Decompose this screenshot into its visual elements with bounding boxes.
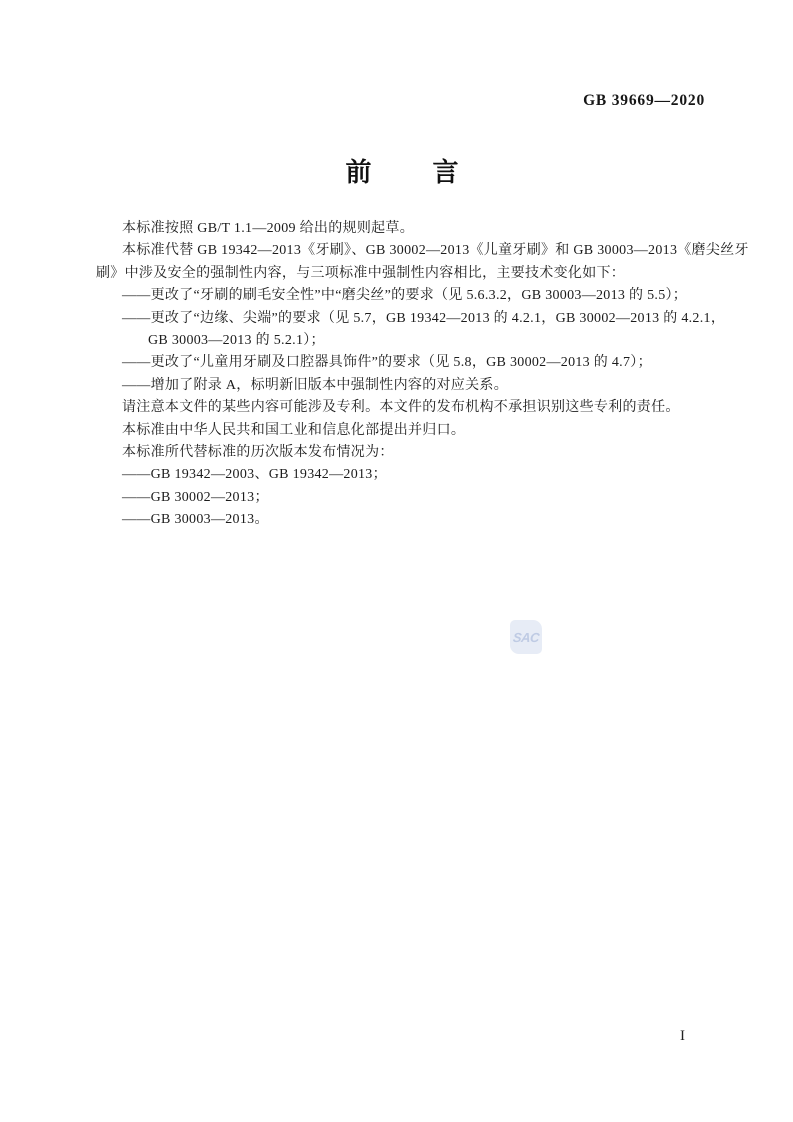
body-line: 本标准所代替标准的历次版本发布情况为： — [96, 442, 706, 464]
body-line: 刷》中涉及安全的强制性内容，与三项标准中强制性内容相比，主要技术变化如下： — [96, 263, 706, 285]
body-line: ——更改了“儿童用牙刷及口腔器具饰件”的要求（见 5.8，GB 30002—20… — [96, 352, 706, 374]
sac-watermark-icon: SAC — [510, 620, 542, 654]
document-page: GB 39669—2020 前 言 本标准按照 GB/T 1.1—2009 给出… — [0, 0, 793, 1122]
body-line: 本标准由中华人民共和国工业和信息化部提出并归口。 — [96, 420, 706, 442]
watermark-label: SAC — [512, 630, 540, 645]
body-text: 本标准按照 GB/T 1.1—2009 给出的规则起草。 本标准代替 GB 19… — [96, 218, 706, 531]
body-line: ——GB 30003—2013。 — [96, 509, 706, 531]
body-line: ——GB 30002—2013； — [96, 487, 706, 509]
document-title: 前 言 — [0, 152, 793, 189]
body-line: ——更改了“牙刷的刷毛安全性”中“磨尖丝”的要求（见 5.6.3.2，GB 30… — [96, 285, 706, 307]
standard-code: GB 39669—2020 — [0, 92, 705, 110]
body-line: 请注意本文件的某些内容可能涉及专利。本文件的发布机构不承担识别这些专利的责任。 — [96, 397, 706, 419]
body-line: 本标准按照 GB/T 1.1—2009 给出的规则起草。 — [96, 218, 706, 240]
body-line: ——更改了“边缘、尖端”的要求（见 5.7，GB 19342—2013 的 4.… — [96, 308, 706, 330]
body-line: 本标准代替 GB 19342—2013《牙刷》、GB 30002—2013《儿童… — [96, 240, 706, 262]
page-number: I — [680, 1028, 685, 1045]
body-line: ——增加了附录 A，标明新旧版本中强制性内容的对应关系。 — [96, 375, 706, 397]
body-line: ——GB 19342—2003、GB 19342—2013； — [96, 464, 706, 486]
body-line: GB 30003—2013 的 5.2.1）； — [96, 330, 706, 352]
